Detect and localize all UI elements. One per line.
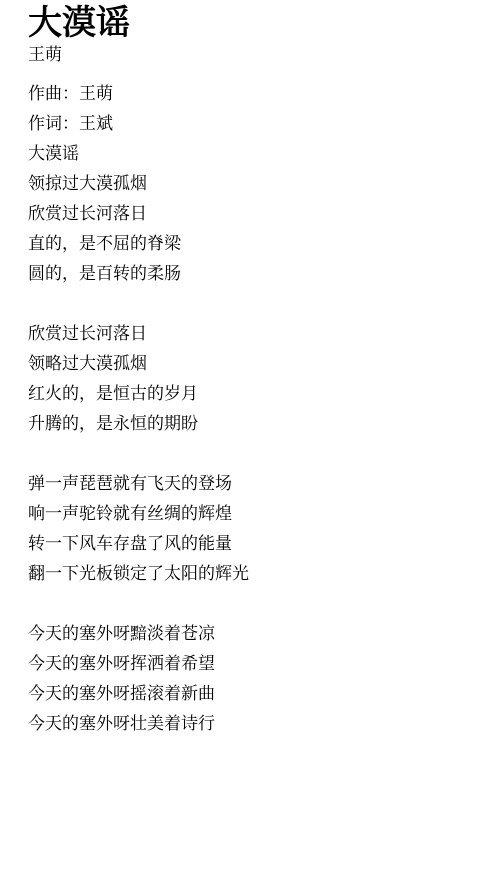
- lyrics-page: 大漠谣 王萌 作曲：王萌作词：王斌大漠谣领掠过大漠孤烟欣赏过长河落日直的，是不屈…: [0, 0, 500, 880]
- lyric-line: 欣赏过长河落日: [28, 319, 480, 349]
- lyric-line: 领掠过大漠孤烟: [28, 169, 480, 199]
- lyric-line: 红火的，是恒古的岁月: [28, 379, 480, 409]
- lyric-line: 作词：王斌: [28, 109, 480, 139]
- lyric-line: 响一声驼铃就有丝绸的辉煌: [28, 499, 480, 529]
- lyric-line: 弹一声琵琶就有飞天的登场: [28, 469, 480, 499]
- lyric-line: 直的，是不屈的脊梁: [28, 229, 480, 259]
- lyric-line: [28, 589, 480, 619]
- lyric-line: 大漠谣: [28, 139, 480, 169]
- lyric-line: 圆的，是百转的柔肠: [28, 259, 480, 289]
- lyric-line: 今天的塞外呀挥洒着希望: [28, 649, 480, 679]
- lyric-line: 今天的塞外呀摇滚着新曲: [28, 679, 480, 709]
- song-title: 大漠谣: [28, 3, 480, 43]
- lyrics-body: 作曲：王萌作词：王斌大漠谣领掠过大漠孤烟欣赏过长河落日直的，是不屈的脊梁圆的，是…: [28, 79, 480, 739]
- lyric-line: 今天的塞外呀壮美着诗行: [28, 709, 480, 739]
- lyric-line: 升腾的，是永恒的期盼: [28, 409, 480, 439]
- lyric-line: 转一下风车存盘了风的能量: [28, 529, 480, 559]
- lyric-line: 今天的塞外呀黯淡着苍凉: [28, 619, 480, 649]
- lyric-line: [28, 439, 480, 469]
- lyric-line: 领略过大漠孤烟: [28, 349, 480, 379]
- lyric-line: [28, 289, 480, 319]
- lyric-line: 欣赏过长河落日: [28, 199, 480, 229]
- lyric-line: 翻一下光板锁定了太阳的辉光: [28, 559, 480, 589]
- lyric-line: 作曲：王萌: [28, 79, 480, 109]
- artist-name: 王萌: [28, 43, 480, 67]
